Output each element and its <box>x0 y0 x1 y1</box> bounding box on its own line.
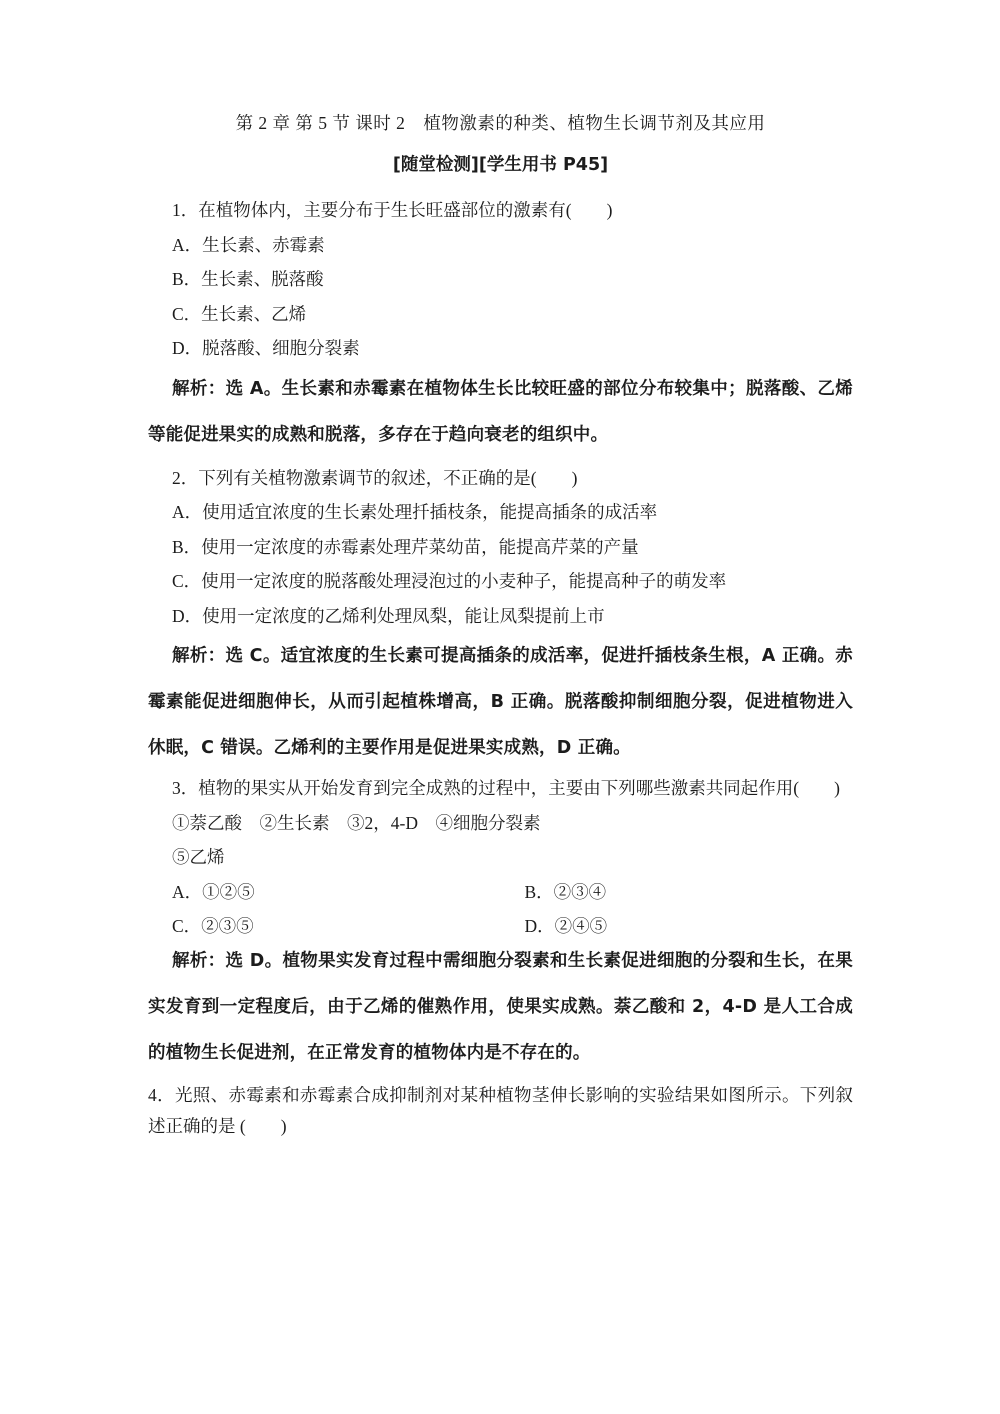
question-1-option-c: C．生长素、乙烯 <box>148 297 853 332</box>
question-2: 2．下列有关植物激素调节的叙述，不正确的是( ) A．使用适宜浓度的生长素处理扦… <box>148 461 853 634</box>
question-3-analysis: 解析：选 D。植物果实发育过程中需细胞分裂素和生长素促进细胞的分裂和生长，在果实… <box>148 938 853 1076</box>
question-2-option-a: A．使用适宜浓度的生长素处理扦插枝条，能提高插条的成活率 <box>148 495 853 530</box>
question-3-items-line-2: ⑤乙烯 <box>148 840 853 875</box>
question-3-stem: 3．植物的果实从开始发育到完全成熟的过程中，主要由下列哪些激素共同起作用( ) <box>148 771 853 806</box>
question-2-analysis: 解析：选 C。适宜浓度的生长素可提高插条的成活率，促进扦插枝条生根，A 正确。赤… <box>148 633 853 771</box>
question-1-analysis: 解析：选 A。生长素和赤霉素在植物体生长比较旺盛的部位分布较集中；脱落酸、乙烯等… <box>148 366 853 458</box>
question-2-stem: 2．下列有关植物激素调节的叙述，不正确的是( ) <box>148 461 853 496</box>
question-2-option-b: B．使用一定浓度的赤霉素处理芹菜幼苗，能提高芹菜的产量 <box>148 530 853 565</box>
question-2-option-c: C．使用一定浓度的脱落酸处理浸泡过的小麦种子，能提高种子的萌发率 <box>148 564 853 599</box>
question-1-option-b: B．生长素、脱落酸 <box>148 262 853 297</box>
document-page: 第 2 章 第 5 节 课时 2 植物激素的种类、植物生长调节剂及其应用 [随堂… <box>0 0 1000 1414</box>
question-4: 4．光照、赤霉素和赤霉素合成抑制剂对某种植物茎伸长影响的实验结果如图所示。下列叙… <box>148 1080 853 1142</box>
question-3-options: A．①②⑤ B．②③④ C．②③⑤ D．②④⑤ <box>148 875 853 944</box>
question-1-stem: 1．在植物体内，主要分布于生长旺盛部位的激素有( ) <box>148 193 853 228</box>
question-3-option-b: B．②③④ <box>501 875 854 910</box>
document-title: 第 2 章 第 5 节 课时 2 植物激素的种类、植物生长调节剂及其应用 <box>148 112 853 134</box>
question-3-option-a: A．①②⑤ <box>148 875 501 910</box>
question-3-items-line-1: ①萘乙酸 ②生长素 ③2，4-D ④细胞分裂素 <box>148 806 853 841</box>
document-subtitle: [随堂检测][学生用书 P45] <box>148 154 853 176</box>
question-1: 1．在植物体内，主要分布于生长旺盛部位的激素有( ) A．生长素、赤霉素 B．生… <box>148 193 853 366</box>
question-4-stem: 4．光照、赤霉素和赤霉素合成抑制剂对某种植物茎伸长影响的实验结果如图所示。下列叙… <box>148 1080 853 1142</box>
question-1-option-d: D．脱落酸、细胞分裂素 <box>148 331 853 366</box>
question-2-option-d: D．使用一定浓度的乙烯利处理凤梨，能让凤梨提前上市 <box>148 599 853 634</box>
question-3: 3．植物的果实从开始发育到完全成熟的过程中，主要由下列哪些激素共同起作用( ) … <box>148 771 853 944</box>
question-1-option-a: A．生长素、赤霉素 <box>148 228 853 263</box>
